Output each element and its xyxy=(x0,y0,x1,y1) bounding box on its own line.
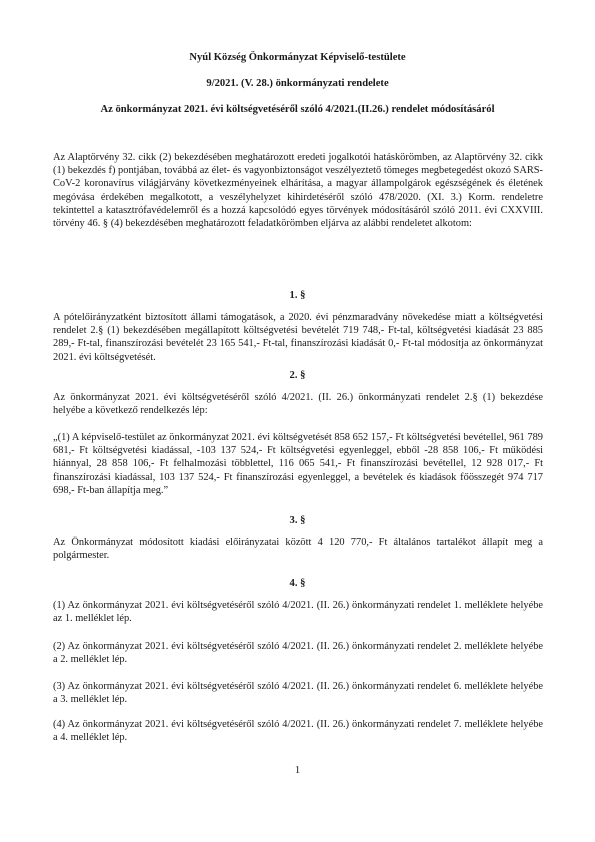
section-3-paragraph: Az Önkormányzat módosított kiadási előir… xyxy=(53,536,543,562)
page-number: 1 xyxy=(0,765,595,776)
preamble: Az Alaptörvény 32. cikk (2) bekezdésében… xyxy=(53,151,543,230)
institution-title: Nyúl Község Önkormányzat Képviselő-testü… xyxy=(0,52,595,63)
section-2-paragraph-1: Az önkormányzat 2021. évi költségvetésér… xyxy=(53,391,543,417)
section-1-paragraph: A pótelőirányzatként biztosított állami … xyxy=(53,311,543,364)
section-4-paragraph-3: (3) Az önkormányzat 2021. évi költségvet… xyxy=(53,680,543,706)
section-4-heading: 4. § xyxy=(0,578,595,589)
section-4-paragraph-4: (4) Az önkormányzat 2021. évi költségvet… xyxy=(53,718,543,744)
section-4-paragraph-2: (2) Az önkormányzat 2021. évi költségvet… xyxy=(53,640,543,666)
decree-title: Az önkormányzat 2021. évi költségvetésér… xyxy=(0,104,595,115)
section-2-heading: 2. § xyxy=(0,370,595,381)
section-4-paragraph-1: (1) Az önkormányzat 2021. évi költségvet… xyxy=(53,599,543,625)
section-2-paragraph-2: „(1) A képviselő-testület az önkormányza… xyxy=(53,431,543,497)
document-page: Nyúl Község Önkormányzat Képviselő-testü… xyxy=(0,0,595,842)
section-3-heading: 3. § xyxy=(0,515,595,526)
decree-number: 9/2021. (V. 28.) önkormányzati rendelete xyxy=(0,78,595,89)
section-1-heading: 1. § xyxy=(0,290,595,301)
